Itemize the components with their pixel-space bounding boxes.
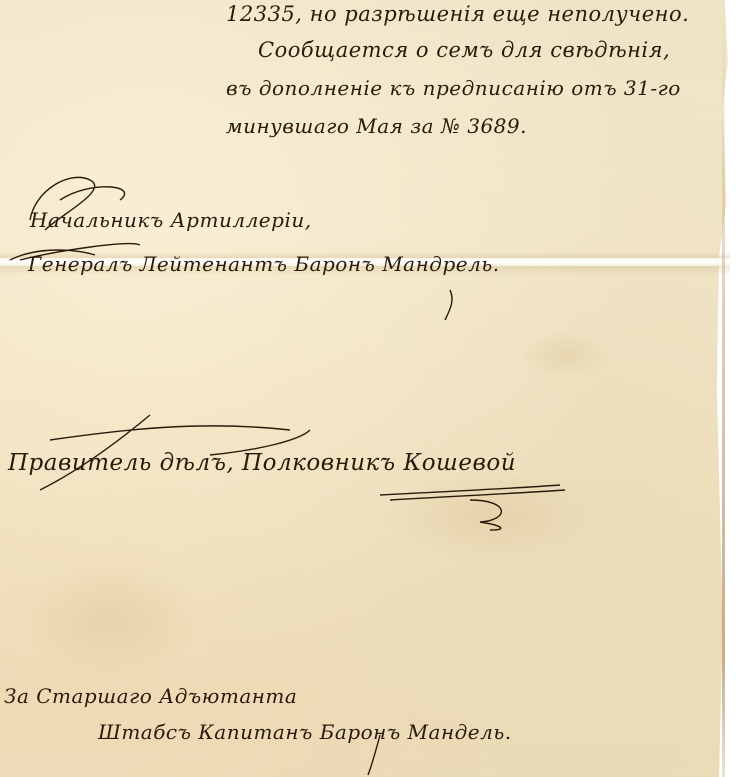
signature-title-adjutant: За Старшаго Адъютанта — [4, 684, 297, 708]
signature-name-adjutant: Штабсъ Капитанъ Баронъ Мандель. — [98, 720, 512, 744]
body-line-3: въ дополненіе къ предписанію отъ 31-го — [226, 76, 681, 100]
body-line-2: Сообщается о семъ для свѣдѣнія, — [258, 38, 670, 62]
torn-edge — [722, 0, 725, 777]
body-line-1: 12335, но разрѣшенія еще неполучено. — [226, 2, 689, 26]
body-line-4: минувшаго Мая за № 3689. — [226, 114, 527, 138]
signature-name-artillery: Генералъ Лейтенантъ Баронъ Мандрель. — [28, 252, 500, 276]
paper-stain — [20, 560, 200, 680]
paper-stain — [520, 330, 610, 380]
signature-administrator: Правитель дѣлъ, Полковникъ Кошевой — [8, 450, 516, 476]
paper-stain — [380, 470, 600, 560]
signature-title-artillery: Начальникъ Артиллеріи, — [30, 208, 312, 232]
